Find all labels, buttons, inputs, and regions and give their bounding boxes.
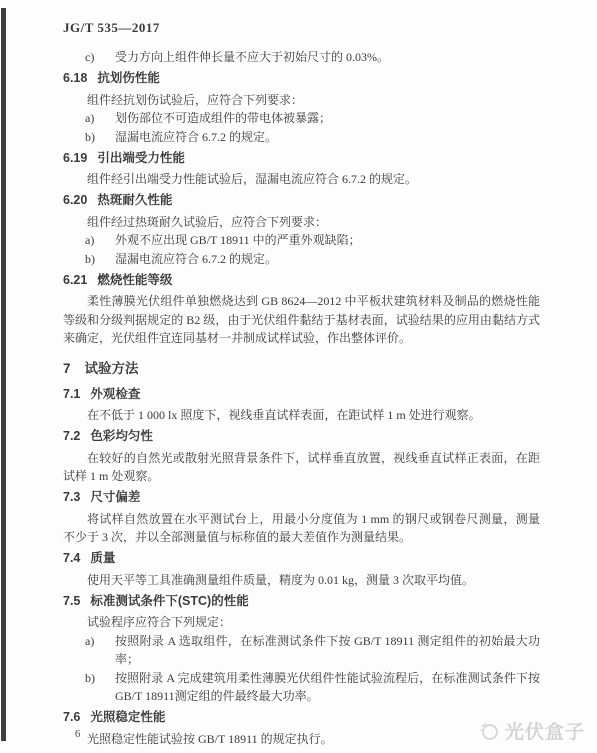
clause-title: 抗划伤性能: [97, 71, 160, 85]
clause-title: 热斑耐久性能: [97, 193, 172, 207]
list-item-b: b)湿漏电流应符合 6.7.2 的规定。: [63, 250, 540, 269]
list-item-text: 湿漏电流应符合 6.7.2 的规定。: [115, 128, 540, 147]
clause-number: 6.21: [63, 273, 87, 287]
clause-title: 尺寸偏差: [90, 490, 140, 504]
clause-heading-7.2: 7.2色彩均匀性: [63, 427, 540, 446]
list-item-c: c)受力方向上组件伸长量不应大于初始尺寸的 0.03%。: [63, 48, 540, 67]
list-item-b: b)按照附录 A 完成建筑用柔性薄膜光伏组件性能试验流程后，在标准测试条件下按 …: [63, 669, 540, 706]
list-item-b: b)湿漏电流应符合 6.7.2 的规定。: [63, 128, 540, 147]
list-item-text: 湿漏电流应符合 6.7.2 的规定。: [115, 250, 540, 269]
clause-heading-6.20: 6.20热斑耐久性能: [63, 191, 540, 210]
list-item-label: a): [63, 231, 115, 250]
clause-title: 外观检查: [90, 387, 140, 401]
list-item-label: b): [63, 128, 115, 147]
list-item-label: c): [63, 48, 115, 67]
clause-number: 6.18: [63, 71, 87, 85]
list-item-label: b): [63, 250, 115, 269]
paragraph: 组件经引出端受力性能试验后，湿漏电流应符合 6.7.2 的规定。: [63, 170, 540, 189]
clause-title: 色彩均匀性: [90, 429, 153, 443]
paragraph: 组件经过热斑耐久试验后，应符合下列要求：: [63, 213, 540, 232]
clause-title: 试验方法: [85, 361, 139, 376]
clause-heading-7.5: 7.5标准测试条件下(STC)的性能: [63, 592, 540, 611]
list-item-a: a)外观不应出现 GB/T 18911 中的严重外观缺陷；: [63, 231, 540, 250]
clause-number: 7.6: [63, 710, 80, 724]
clause-heading-7.4: 7.4质量: [63, 549, 540, 568]
list-item-label: a): [63, 109, 115, 128]
list-item-text: 按照附录 A 完成建筑用柔性薄膜光伏组件性能试验流程后，在标准测试条件下按 GB…: [115, 669, 540, 706]
clause-title: 光照稳定性能: [90, 710, 165, 724]
watermark-logo-icon: [478, 720, 500, 742]
watermark-text: 光伏盒子: [505, 717, 585, 744]
list-item-text: 外观不应出现 GB/T 18911 中的严重外观缺陷；: [115, 231, 540, 250]
clause-number: 7.1: [63, 387, 80, 401]
list-item-a: a)按照附录 A 选取组件，在标准测试条件下按 GB/T 18911 测定组件的…: [63, 632, 540, 669]
paragraph: 在不低于 1 000 lx 照度下，视线垂直试样表面，在距试样 1 m 处进行观…: [63, 406, 540, 425]
clause-title: 标准测试条件下(STC)的性能: [90, 594, 248, 608]
scan-edge-bar: [1, 8, 6, 741]
watermark: 光伏盒子: [478, 717, 585, 744]
clause-heading-7.3: 7.3尺寸偏差: [63, 488, 540, 507]
clause-heading-6.21: 6.21燃烧性能等级: [63, 271, 540, 290]
paragraph: 组件经抗划伤试验后，应符合下列要求：: [63, 91, 540, 110]
clause-heading-6.18: 6.18抗划伤性能: [63, 69, 540, 88]
list-item-text: 按照附录 A 选取组件，在标准测试条件下按 GB/T 18911 测定组件的初始…: [115, 632, 540, 669]
paragraph: 试验程序应符合下列规定：: [63, 613, 540, 632]
clause-title: 燃烧性能等级: [97, 273, 172, 287]
clause-number: 7: [63, 361, 71, 376]
clause-heading-7.1: 7.1外观检查: [63, 385, 540, 404]
clause-number: 6.19: [63, 151, 87, 165]
paragraph: 光照稳定性能试验按 GB/T 18911 的规定执行。: [63, 730, 540, 749]
document-body: c)受力方向上组件伸长量不应大于初始尺寸的 0.03%。6.18抗划伤性能组件经…: [63, 48, 540, 748]
paragraph: 将试样自然放置在水平测试台上，用最小分度值为 1 mm 的钢尺或钢卷尺测量，测量…: [63, 510, 540, 547]
list-item-label: b): [63, 669, 115, 706]
clause-title: 质量: [90, 551, 115, 565]
clause-title: 引出端受力性能: [97, 151, 185, 165]
clause-number: 7.3: [63, 490, 80, 504]
clause-heading-6.19: 6.19引出端受力性能: [63, 149, 540, 168]
clause-number: 7.4: [63, 551, 80, 565]
clause-number: 6.20: [63, 193, 87, 207]
clause-number: 7.2: [63, 429, 80, 443]
document-header-standard-number: JG/T 535—2017: [63, 20, 160, 36]
clause-heading-7: 7试验方法: [63, 359, 540, 378]
document-page: JG/T 535—2017 c)受力方向上组件伸长量不应大于初始尺寸的 0.03…: [0, 0, 597, 753]
list-item-label: a): [63, 632, 115, 669]
paragraph: 柔性薄膜光伏组件单独燃烧达到 GB 8624—2012 中平板状建筑材料及制品的…: [63, 292, 540, 348]
list-item-text: 受力方向上组件伸长量不应大于初始尺寸的 0.03%。: [115, 48, 540, 67]
page-number: 6: [75, 729, 80, 740]
clause-heading-7.6: 7.6光照稳定性能: [63, 708, 540, 727]
list-item-text: 划伤部位不可造成组件的带电体被暴露；: [115, 109, 540, 128]
paragraph: 在较好的自然光或散射光照背景条件下，试样垂直放置，视线垂直试样正表面，在距试样 …: [63, 449, 540, 486]
clause-number: 7.5: [63, 594, 80, 608]
list-item-a: a)划伤部位不可造成组件的带电体被暴露；: [63, 109, 540, 128]
paragraph: 使用天平等工具准确测量组件质量，精度为 0.01 kg，测量 3 次取平均值。: [63, 571, 540, 590]
